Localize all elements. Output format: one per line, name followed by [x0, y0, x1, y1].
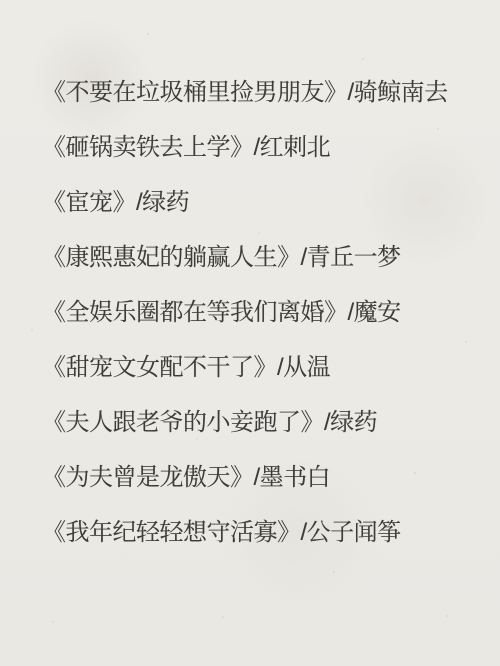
book-entry: 《宦宠》/绿药: [42, 188, 189, 218]
list-item: 《宦宠》/绿药: [42, 188, 480, 243]
list-item: 《我年纪轻轻想守活寡》/公子闻筝: [42, 518, 480, 573]
paper-page: 《不要在垃圾桶里捡男朋友》/骑鲸南去 《砸锅卖铁去上学》/红刺北 《宦宠》/绿药…: [0, 0, 500, 666]
book-entry: 《全娱乐圈都在等我们离婚》/魔安: [42, 298, 401, 328]
list-item: 《甜宠文女配不干了》/从温: [42, 353, 480, 408]
book-entry: 《砸锅卖铁去上学》/红刺北: [42, 133, 330, 163]
list-item: 《全娱乐圈都在等我们离婚》/魔安: [42, 298, 480, 353]
book-entry: 《夫人跟老爷的小妾跑了》/绿药: [42, 408, 377, 438]
book-entry: 《为夫曾是龙傲天》/墨书白: [42, 463, 330, 493]
list-item: 《为夫曾是龙傲天》/墨书白: [42, 463, 480, 518]
book-entry: 《不要在垃圾桶里捡男朋友》/骑鲸南去: [42, 78, 448, 108]
book-entry: 《康熙惠妃的躺赢人生》/青丘一梦: [42, 243, 401, 273]
book-list: 《不要在垃圾桶里捡男朋友》/骑鲸南去 《砸锅卖铁去上学》/红刺北 《宦宠》/绿药…: [42, 78, 480, 573]
list-item: 《砸锅卖铁去上学》/红刺北: [42, 133, 480, 188]
book-entry: 《我年纪轻轻想守活寡》/公子闻筝: [42, 518, 401, 548]
list-item: 《夫人跟老爷的小妾跑了》/绿药: [42, 408, 480, 463]
list-item: 《康熙惠妃的躺赢人生》/青丘一梦: [42, 243, 480, 298]
book-entry: 《甜宠文女配不干了》/从温: [42, 353, 330, 383]
list-item: 《不要在垃圾桶里捡男朋友》/骑鲸南去: [42, 78, 480, 133]
